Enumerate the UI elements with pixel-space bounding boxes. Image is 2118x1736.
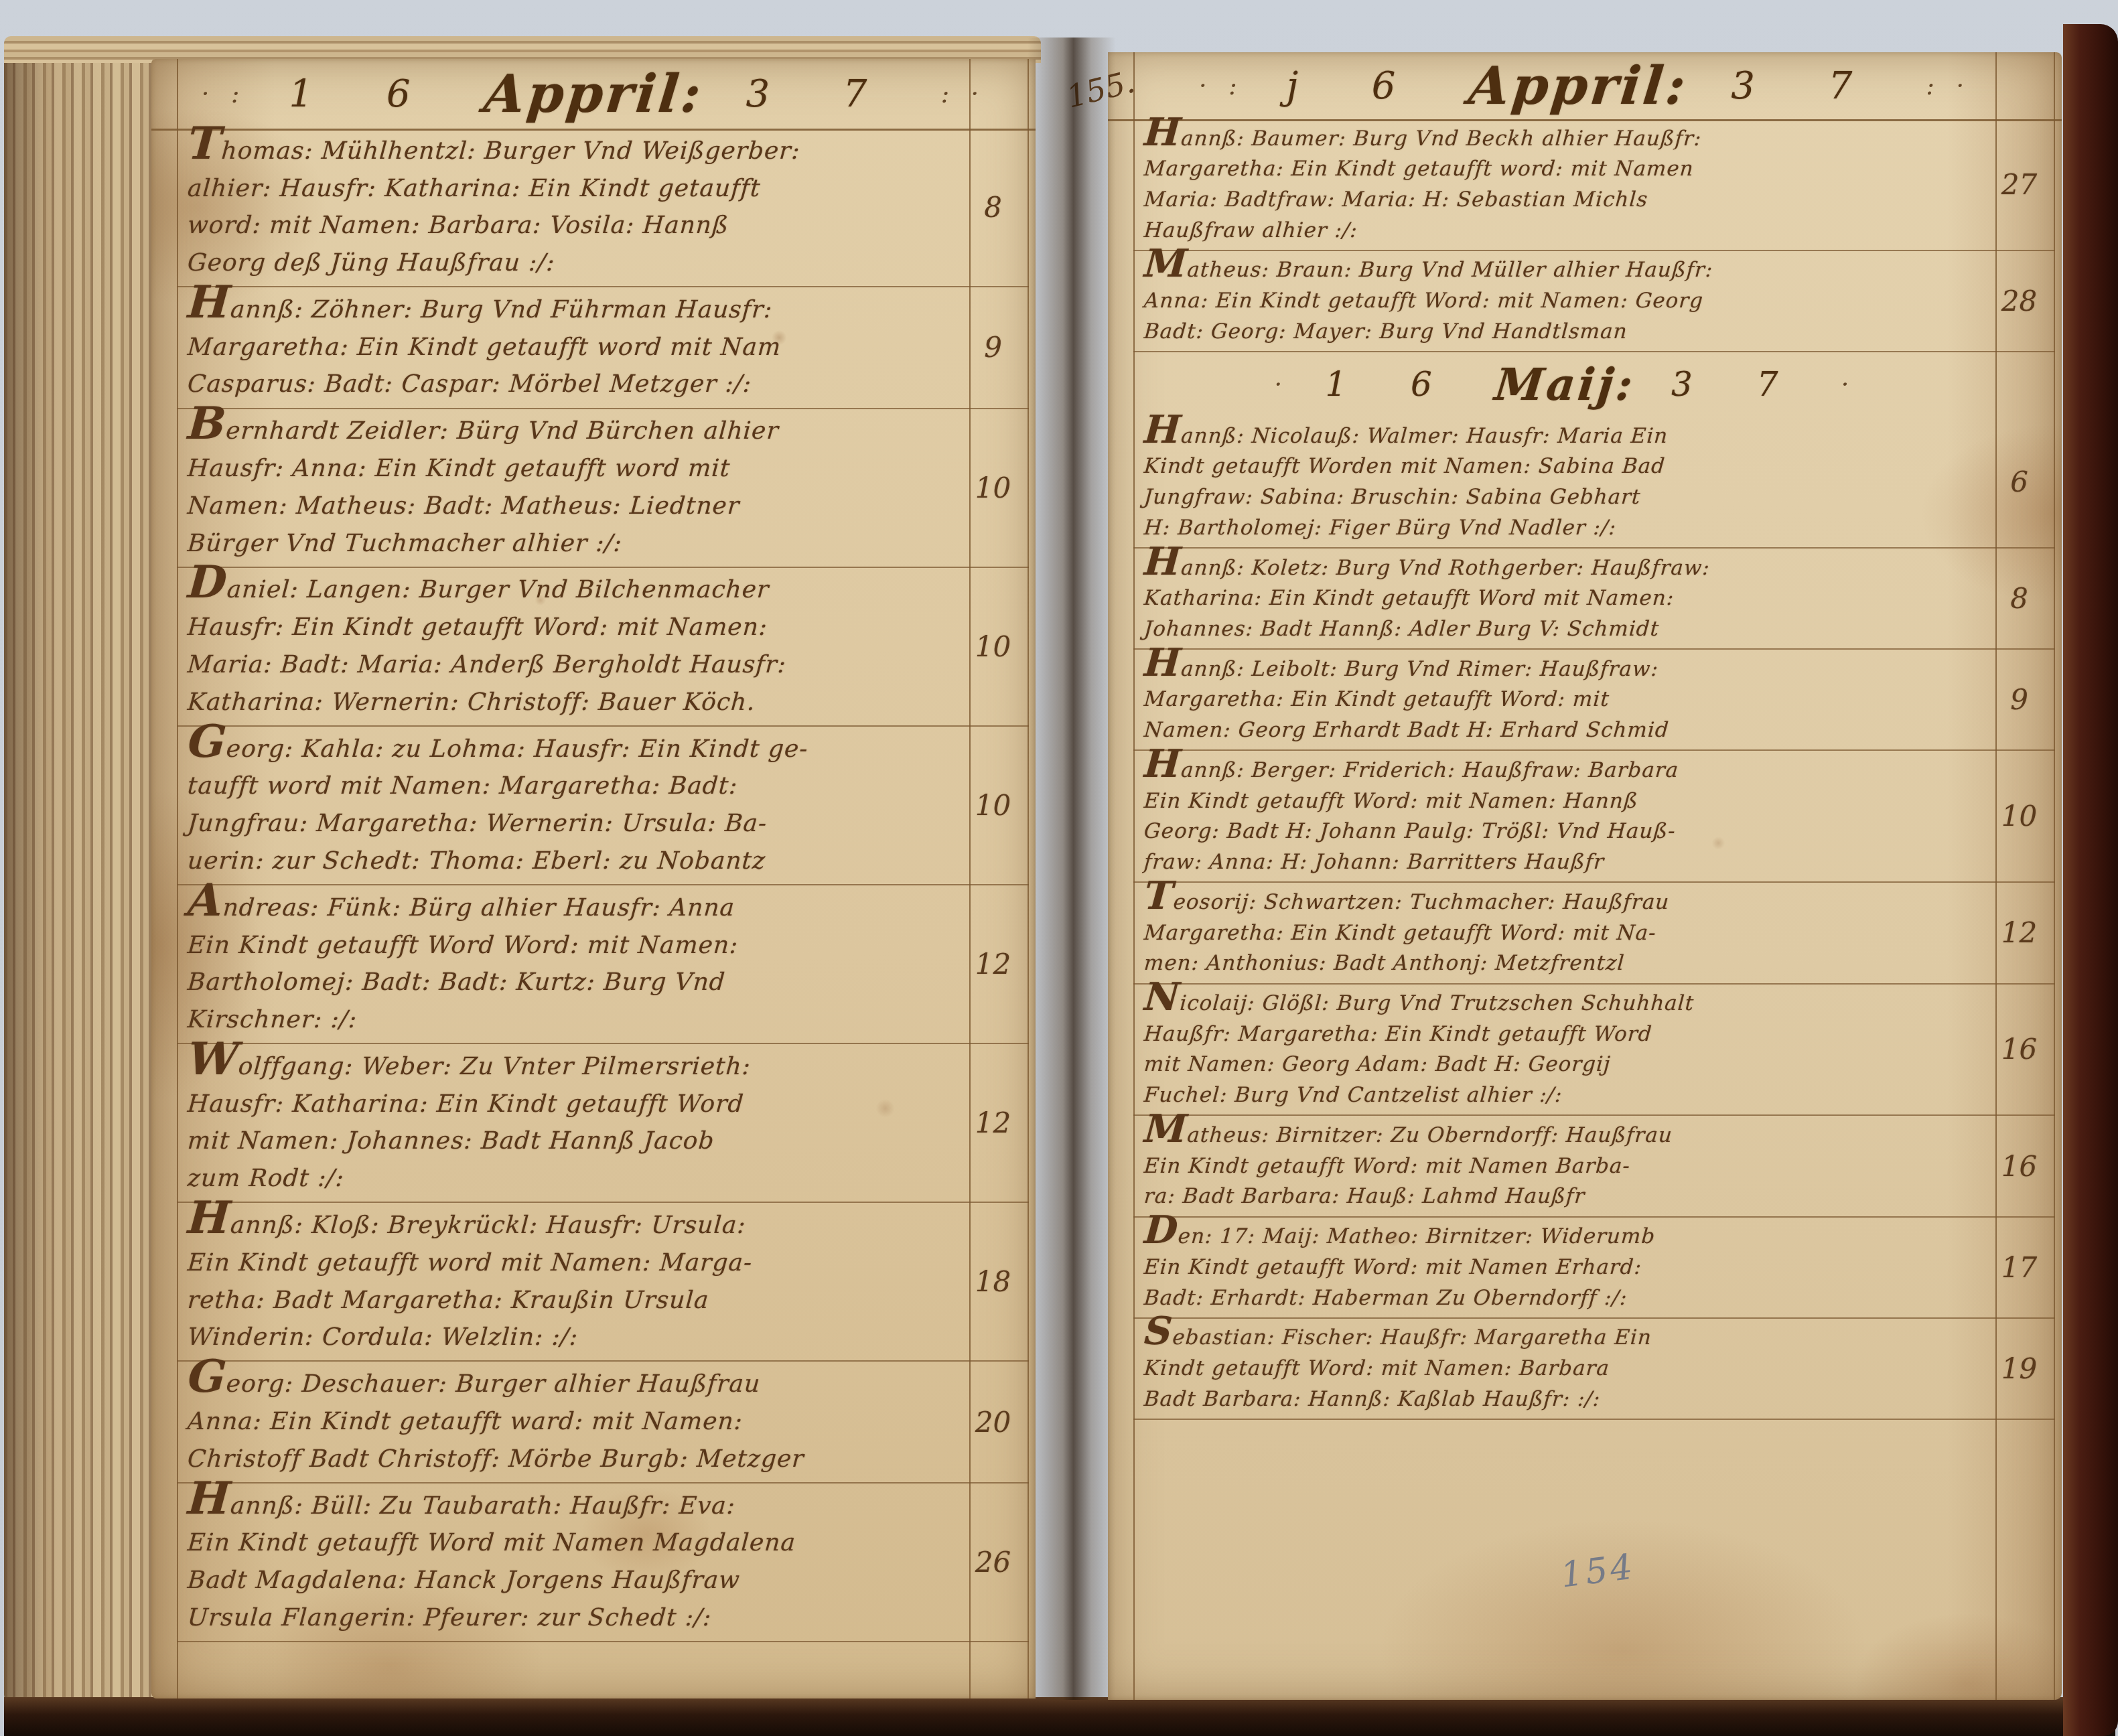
entry-text-line: Namen: Georg Erhardt Badt H: Erhard Schm… bbox=[1143, 719, 1928, 742]
entry-text: Bernhardt Zeidler: Bürg Vnd Bürchen alhi… bbox=[177, 413, 901, 563]
entry-text-line: Kindt getaufft Worden mit Namen: Sabina … bbox=[1143, 455, 1928, 478]
entry-text-line: Hannß: Nicolauß: Walmer: Hausfr: Maria E… bbox=[1143, 425, 1928, 448]
entry-text-line: zum Rodt :/: bbox=[187, 1165, 902, 1192]
entry-text-line: Hannß: Leibolt: Burg Vnd Rimer: Haußfraw… bbox=[1143, 658, 1928, 681]
month-header-april-right: · : j 6 Appril: 3 7 : · bbox=[1108, 52, 2062, 121]
baptism-entry: Nicolaij: Glößl: Burg Vnd Trutzschen Sch… bbox=[1133, 985, 2055, 1116]
baptism-entry: Andreas: Fünk: Bürg alhier Hausfr: AnnaE… bbox=[177, 885, 1029, 1044]
entry-margin-number: 12 bbox=[1991, 883, 2047, 983]
baptism-entry: Hannß: Büll: Zu Taubarath: Haußfr: Eva:E… bbox=[177, 1484, 1029, 1642]
baptism-entry: Bernhardt Zeidler: Bürg Vnd Bürchen alhi… bbox=[177, 409, 1029, 568]
entry-margin-number: 8 bbox=[1991, 549, 2047, 648]
entry-margin-number: 6 bbox=[1991, 417, 2047, 547]
baptism-entry: Den: 17: Maij: Matheo: Birnitzer: Wideru… bbox=[1133, 1218, 2055, 1319]
entry-text-line: Matheus: Birnitzer: Zu Oberndorff: Haußf… bbox=[1143, 1124, 1928, 1147]
entry-text: Hannß: Zöhner: Burg Vnd Führman Hausfr:M… bbox=[177, 291, 901, 403]
entry-margin-number: 16 bbox=[1991, 985, 2047, 1115]
entry-text-line: Badt Magdalena: Hanck Jorgens Haußfraw bbox=[187, 1567, 902, 1594]
entry-text-line: Anna: Ein Kindt getaufft ward: mit Namen… bbox=[187, 1408, 902, 1435]
header-deco: · bbox=[1841, 370, 1856, 399]
entry-text: Matheus: Birnitzer: Zu Oberndorff: Haußf… bbox=[1133, 1120, 1927, 1212]
header-year-right: 3 7 bbox=[1671, 365, 1805, 404]
entry-text-line: Sebastian: Fischer: Haußfr: Margaretha E… bbox=[1143, 1326, 1928, 1350]
entry-text-line: taufft word mit Namen: Margaretha: Badt: bbox=[187, 773, 902, 800]
entry-margin-number: 10 bbox=[1991, 751, 2047, 881]
baptism-entry: Wolffgang: Weber: Zu Vnter Pilmersrieth:… bbox=[177, 1044, 1029, 1203]
entry-margin-number: 9 bbox=[1991, 650, 2047, 749]
entry-margin-number: 16 bbox=[1991, 1116, 2047, 1216]
baptism-entry: Hannß: Leibolt: Burg Vnd Rimer: Haußfraw… bbox=[1133, 650, 2055, 751]
entry-margin-number: 12 bbox=[965, 885, 1021, 1043]
entry-text-line: mit Namen: Johannes: Badt Hannß Jacob bbox=[187, 1128, 902, 1155]
book-cover-right bbox=[2063, 24, 2118, 1736]
entry-text-line: Bernhardt Zeidler: Bürg Vnd Bürchen alhi… bbox=[187, 418, 902, 445]
entry-text-line: men: Anthonius: Badt Anthonj: Metzfrentz… bbox=[1143, 952, 1928, 975]
entry-text-line: Ein Kindt getaufft Word Word: mit Namen: bbox=[187, 932, 902, 959]
entry-text: Georg: Deschauer: Burger alhier Haußfrau… bbox=[177, 1366, 901, 1477]
entry-text-line: Den: 17: Maij: Matheo: Birnitzer: Wideru… bbox=[1143, 1225, 1928, 1248]
entries-left: Thomas: Mühlhentzl: Burger Vnd Weißgerbe… bbox=[177, 129, 1029, 1642]
baptism-entry: Hannß: Baumer: Burg Vnd Beckh alhier Hau… bbox=[1133, 119, 2055, 251]
entry-text-line: Winderin: Cordula: Welzlin: :/: bbox=[187, 1324, 902, 1351]
entry-text-line: Georg: Deschauer: Burger alhier Haußfrau bbox=[187, 1371, 902, 1398]
entry-text-line: retha: Badt Margaretha: Kraußin Ursula bbox=[187, 1287, 902, 1314]
entry-margin-number: 17 bbox=[1991, 1218, 2047, 1317]
entry-text-line: Ein Kindt getaufft Word: mit Namen Barba… bbox=[1143, 1155, 1928, 1178]
entry-text-line: Badt Barbara: Hannß: Kaßlab Haußfr: :/: bbox=[1143, 1388, 1928, 1411]
entry-text-line: Katharina: Wernerin: Christoff: Bauer Kö… bbox=[187, 689, 902, 716]
baptism-entry: Hannß: Koletz: Burg Vnd Rothgerber: Hauß… bbox=[1133, 549, 2055, 650]
entry-text-line: Margaretha: Ein Kindt getaufft word mit … bbox=[187, 334, 902, 361]
entry-text: Hannß: Büll: Zu Taubarath: Haußfr: Eva:E… bbox=[177, 1488, 901, 1637]
header-deco: · : bbox=[202, 79, 246, 108]
entries-right: Hannß: Baumer: Burg Vnd Beckh alhier Hau… bbox=[1133, 119, 2055, 1420]
entry-text: Teosorij: Schwartzen: Tuchmacher: Haußfr… bbox=[1133, 887, 1927, 979]
entry-text-line: Badt: Georg: Mayer: Burg Vnd Handtlsman bbox=[1143, 320, 1928, 344]
entry-text-line: Andreas: Fünk: Bürg alhier Hausfr: Anna bbox=[187, 895, 902, 922]
entry-text-line: Ein Kindt getaufft Word mit Namen Magdal… bbox=[187, 1530, 902, 1557]
entry-text-line: Ein Kindt getaufft word mit Namen: Marga… bbox=[187, 1250, 902, 1277]
entry-text-line: Bürger Vnd Tuchmacher alhier :/: bbox=[187, 530, 902, 557]
entry-text-line: Kindt getaufft Word: mit Namen: Barbara bbox=[1143, 1357, 1928, 1380]
entry-text: Hannß: Kloß: Breykrückl: Hausfr: Ursula:… bbox=[177, 1207, 901, 1356]
entry-text: Den: 17: Maij: Matheo: Birnitzer: Wideru… bbox=[1133, 1222, 1927, 1313]
entry-margin-number: 10 bbox=[965, 727, 1021, 884]
entry-margin-number: 28 bbox=[1991, 251, 2047, 351]
entry-margin-number: 19 bbox=[1991, 1319, 2047, 1419]
entry-text-line: Daniel: Langen: Burger Vnd Bilchenmacher bbox=[187, 577, 902, 603]
entry-text: Wolffgang: Weber: Zu Vnter Pilmersrieth:… bbox=[177, 1048, 901, 1198]
baptism-entry: Sebastian: Fischer: Haußfr: Margaretha E… bbox=[1133, 1319, 2055, 1420]
entry-text-line: Hannß: Baumer: Burg Vnd Beckh alhier Hau… bbox=[1143, 127, 1928, 151]
entry-margin-number: 27 bbox=[1991, 119, 2047, 250]
entry-text-line: Johannes: Badt Hannß: Adler Burg V: Schm… bbox=[1143, 618, 1928, 641]
entry-margin-number: 26 bbox=[965, 1484, 1021, 1641]
entry-text-line: Maria: Badtfraw: Maria: H: Sebastian Mic… bbox=[1143, 188, 1928, 212]
entry-text: Hannß: Nicolauß: Walmer: Hausfr: Maria E… bbox=[1133, 421, 1927, 543]
baptism-entry: Georg: Kahla: zu Lohma: Hausfr: Ein Kind… bbox=[177, 727, 1029, 885]
entry-text-line: Maria: Badt: Maria: Anderß Bergholdt Hau… bbox=[187, 652, 902, 678]
baptism-entry: Hannß: Kloß: Breykrückl: Hausfr: Ursula:… bbox=[177, 1203, 1029, 1362]
entry-text-line: mit Namen: Georg Adam: Badt H: Georgij bbox=[1143, 1053, 1928, 1076]
baptism-entry: Matheus: Birnitzer: Zu Oberndorff: Haußf… bbox=[1133, 1116, 2055, 1217]
entry-text-line: uerin: zur Schedt: Thoma: Eberl: zu Noba… bbox=[187, 848, 902, 875]
entry-text: Hannß: Baumer: Burg Vnd Beckh alhier Hau… bbox=[1133, 123, 1927, 246]
book-bottom-shadow bbox=[4, 1697, 2115, 1736]
entry-text-line: Hannß: Koletz: Burg Vnd Rothgerber: Hauß… bbox=[1143, 557, 1928, 580]
entry-text-line: fraw: Anna: H: Johann: Barritters Haußfr bbox=[1143, 851, 1928, 874]
entry-text-line: Hannß: Kloß: Breykrückl: Hausfr: Ursula: bbox=[187, 1212, 902, 1239]
month-header-may: · 1 6 Maij: 3 7 · bbox=[1133, 352, 1997, 417]
entry-text-line: Wolffgang: Weber: Zu Vnter Pilmersrieth: bbox=[187, 1054, 902, 1080]
entry-text: Nicolaij: Glößl: Burg Vnd Trutzschen Sch… bbox=[1133, 989, 1927, 1111]
entry-text: Daniel: Langen: Burger Vnd Bilchenmacher… bbox=[177, 572, 901, 721]
header-deco: · : bbox=[1199, 71, 1244, 100]
entry-text-line: Katharina: Ein Kindt getaufft Word mit N… bbox=[1143, 587, 1928, 610]
entry-text: Hannß: Koletz: Burg Vnd Rothgerber: Hauß… bbox=[1133, 553, 1927, 644]
header-year-left: 1 6 bbox=[1325, 365, 1459, 404]
book-gutter-shadow bbox=[1028, 38, 1116, 1700]
entry-text-line: Haußfr: Margaretha: Ein Kindt getaufft W… bbox=[1143, 1023, 1928, 1046]
entry-text-line: Margaretha: Ein Kindt getaufft word: mit… bbox=[1143, 157, 1928, 181]
header-month-name: Appril: bbox=[1466, 56, 1691, 117]
entry-text: Georg: Kahla: zu Lohma: Hausfr: Ein Kind… bbox=[177, 731, 901, 880]
entry-text-line: Georg: Badt H: Johann Paulg: Trößl: Vnd … bbox=[1143, 820, 1928, 843]
baptism-entry: Hannß: Berger: Friderich: Haußfraw: Barb… bbox=[1133, 751, 2055, 883]
entry-text-line: alhier: Hausfr: Katharina: Ein Kindt get… bbox=[187, 175, 902, 202]
entry-margin-number: 18 bbox=[965, 1203, 1021, 1360]
entry-margin-number: 10 bbox=[965, 568, 1021, 725]
entry-text-line: Namen: Matheus: Badt: Matheus: Liedtner bbox=[187, 493, 902, 520]
header-month-name: Maij: bbox=[1492, 358, 1638, 411]
entry-text: Hannß: Leibolt: Burg Vnd Rimer: Haußfraw… bbox=[1133, 654, 1927, 745]
entry-text-line: Thomas: Mühlhentzl: Burger Vnd Weißgerbe… bbox=[187, 138, 902, 165]
entry-text-line: Christoff Badt Christoff: Mörbe Burgb: M… bbox=[187, 1446, 902, 1473]
header-year-left: 1 6 bbox=[289, 72, 441, 116]
folio-number-pencil: 154 bbox=[1559, 1546, 1638, 1595]
page-edges-left bbox=[4, 39, 153, 1704]
header-year-right: 3 7 bbox=[1731, 64, 1883, 108]
entry-text-line: Matheus: Braun: Burg Vnd Müller alhier H… bbox=[1143, 259, 1928, 282]
entry-text-line: word: mit Namen: Barbara: Vosila: Hannß bbox=[187, 212, 902, 239]
entry-text-line: Nicolaij: Glößl: Burg Vnd Trutzschen Sch… bbox=[1143, 992, 1928, 1015]
entry-text-line: Hausfr: Ein Kindt getaufft Word: mit Nam… bbox=[187, 614, 902, 641]
left-page: · : 1 6 Appril: 3 7 : · Thomas: Mühlhent… bbox=[151, 59, 1036, 1698]
entry-margin-number: 10 bbox=[965, 409, 1021, 567]
entry-text-line: Anna: Ein Kindt getaufft Word: mit Namen… bbox=[1143, 289, 1928, 313]
entry-text-line: Badt: Erhardt: Haberman Zu Oberndorff :/… bbox=[1143, 1287, 1928, 1310]
header-deco: · bbox=[1274, 370, 1289, 399]
entry-text-line: Georg: Kahla: zu Lohma: Hausfr: Ein Kind… bbox=[187, 736, 902, 763]
entry-text-line: Ursula Flangerin: Pfeurer: zur Schedt :/… bbox=[187, 1605, 902, 1632]
right-page: 155. · : j 6 Appril: 3 7 : · Hannß: Baum… bbox=[1108, 52, 2062, 1700]
month-header-april-left: · : 1 6 Appril: 3 7 : · bbox=[151, 59, 1036, 131]
entry-text-line: Jungfraw: Sabina: Bruschin: Sabina Gebha… bbox=[1143, 486, 1928, 509]
entry-text-line: Ein Kindt getaufft Word: mit Namen Erhar… bbox=[1143, 1256, 1928, 1279]
entry-text: Thomas: Mühlhentzl: Burger Vnd Weißgerbe… bbox=[177, 133, 901, 282]
baptism-entry: Georg: Deschauer: Burger alhier Haußfrau… bbox=[177, 1362, 1029, 1483]
header-month-name: Appril: bbox=[481, 64, 706, 125]
entry-margin-number: 12 bbox=[965, 1044, 1021, 1202]
entry-text: Andreas: Fünk: Bürg alhier Hausfr: AnnaE… bbox=[177, 889, 901, 1039]
entry-margin-number: 8 bbox=[965, 129, 1021, 286]
entry-text-line: Hannß: Zöhner: Burg Vnd Führman Hausfr: bbox=[187, 297, 902, 323]
entry-text-line: ra: Badt Barbara: Hauß: Lahmd Haußfr bbox=[1143, 1185, 1928, 1208]
entry-text: Sebastian: Fischer: Haußfr: Margaretha E… bbox=[1133, 1323, 1927, 1415]
entry-text-line: Georg deß Jüng Haußfrau :/: bbox=[187, 250, 902, 277]
entry-text-line: Teosorij: Schwartzen: Tuchmacher: Haußfr… bbox=[1143, 891, 1928, 914]
header-year-left: j 6 bbox=[1287, 64, 1427, 108]
entry-text-line: Jungfrau: Margaretha: Wernerin: Ursula: … bbox=[187, 810, 902, 837]
entry-text-line: Hausfr: Katharina: Ein Kindt getaufft Wo… bbox=[187, 1091, 902, 1118]
baptism-entry: Teosorij: Schwartzen: Tuchmacher: Haußfr… bbox=[1133, 883, 2055, 984]
entry-text-line: H: Bartholomej: Figer Bürg Vnd Nadler :/… bbox=[1143, 516, 1928, 540]
entry-text-line: Hannß: Büll: Zu Taubarath: Haußfr: Eva: bbox=[187, 1493, 902, 1520]
entry-text-line: Hannß: Berger: Friderich: Haußfraw: Barb… bbox=[1143, 759, 1928, 782]
entry-margin-number: 20 bbox=[965, 1362, 1021, 1481]
entry-margin-number: 9 bbox=[965, 287, 1021, 407]
church-register-scan: · : 1 6 Appril: 3 7 : · Thomas: Mühlhent… bbox=[0, 0, 2118, 1736]
entry-text-line: Fuchel: Burg Vnd Cantzelist alhier :/: bbox=[1143, 1084, 1928, 1107]
entry-text-line: Margaretha: Ein Kindt getaufft Word: mit bbox=[1143, 688, 1928, 711]
baptism-entry: Matheus: Braun: Burg Vnd Müller alhier H… bbox=[1133, 251, 2055, 352]
entry-text-line: Kirschner: :/: bbox=[187, 1007, 902, 1033]
baptism-entry: Hannß: Nicolauß: Walmer: Hausfr: Maria E… bbox=[1133, 417, 2055, 549]
header-year-right: 3 7 bbox=[746, 72, 898, 116]
baptism-entry: Thomas: Mühlhentzl: Burger Vnd Weißgerbe… bbox=[177, 129, 1029, 287]
entry-text-line: Haußfraw alhier :/: bbox=[1143, 219, 1928, 242]
baptism-entry: Daniel: Langen: Burger Vnd Bilchenmacher… bbox=[177, 568, 1029, 727]
baptism-entry: Hannß: Zöhner: Burg Vnd Führman Hausfr:M… bbox=[177, 287, 1029, 409]
entry-text: Matheus: Braun: Burg Vnd Müller alhier H… bbox=[1133, 255, 1927, 347]
entry-text-line: Casparus: Badt: Caspar: Mörbel Metzger :… bbox=[187, 371, 902, 398]
entry-text-line: Margaretha: Ein Kindt getaufft Word: mit… bbox=[1143, 922, 1928, 945]
entry-text: Hannß: Berger: Friderich: Haußfraw: Barb… bbox=[1133, 755, 1927, 877]
entry-text-line: Hausfr: Anna: Ein Kindt getaufft word mi… bbox=[187, 455, 902, 482]
entry-text-line: Ein Kindt getaufft Word: mit Namen: Hann… bbox=[1143, 790, 1928, 813]
header-deco: : · bbox=[940, 79, 985, 108]
header-deco: : · bbox=[1926, 71, 1971, 100]
entry-text-line: Bartholomej: Badt: Badt: Kurtz: Burg Vnd bbox=[187, 969, 902, 996]
